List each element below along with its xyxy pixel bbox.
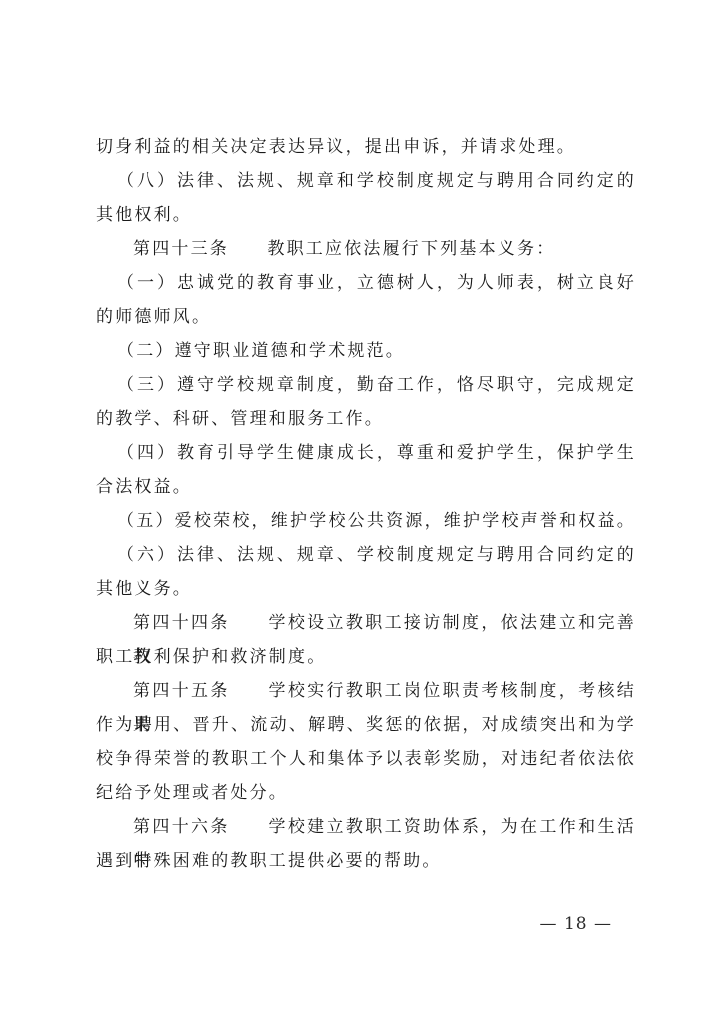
paragraph: 第四十五条 学校实行教职工岗位职责考核制度，考核结果作为聘用、晋升、流动、解聘、… xyxy=(96,674,636,810)
text-line: （四）教育引导学生健康成长，尊重和爱护学生，保护学生 xyxy=(96,436,636,470)
text-line: 作为聘用、晋升、流动、解聘、奖惩的依据，对成绩突出和为学 xyxy=(96,708,636,742)
text-line: 第四十六条 学校建立教职工资助体系，为在工作和生活中 xyxy=(96,810,636,844)
text-line: 第四十三条 教职工应依法履行下列基本义务： xyxy=(96,232,636,266)
text-line: 合法权益。 xyxy=(96,470,636,504)
text-line: （一）忠诚党的教育事业，立德树人，为人师表，树立良好 xyxy=(96,266,636,300)
text-line: （八）法律、法规、规章和学校制度规定与聘用合同约定的 xyxy=(96,164,636,198)
paragraph: （三）遵守学校规章制度，勤奋工作，恪尽职守，完成规定的教学、科研、管理和服务工作… xyxy=(96,368,636,436)
text-line: 切身利益的相关决定表达异议，提出申诉，并请求处理。 xyxy=(96,130,636,164)
text-line: 的教学、科研、管理和服务工作。 xyxy=(96,402,636,436)
paragraph: （四）教育引导学生健康成长，尊重和爱护学生，保护学生合法权益。 xyxy=(96,436,636,504)
paragraph: （二）遵守职业道德和学术规范。 xyxy=(96,334,636,368)
paragraph: （八）法律、法规、规章和学校制度规定与聘用合同约定的其他权利。 xyxy=(96,164,636,232)
paragraph: 切身利益的相关决定表达异议，提出申诉，并请求处理。 xyxy=(96,130,636,164)
paragraph: （六）法律、法规、规章、学校制度规定与聘用合同约定的其他义务。 xyxy=(96,538,636,606)
text-line: 其他权利。 xyxy=(96,198,636,232)
paragraph: 第四十六条 学校建立教职工资助体系，为在工作和生活中遇到特殊困难的教职工提供必要… xyxy=(96,810,636,878)
paragraph: 第四十四条 学校设立教职工接访制度，依法建立和完善教职工权利保护和救济制度。 xyxy=(96,606,636,674)
paragraph: （五）爱校荣校，维护学校公共资源，维护学校声誉和权益。 xyxy=(96,504,636,538)
page-number: — 18 — xyxy=(540,912,612,936)
text-line: 职工权利保护和救济制度。 xyxy=(96,640,636,674)
paragraph: （一）忠诚党的教育事业，立德树人，为人师表，树立良好的师德师风。 xyxy=(96,266,636,334)
text-line: （二）遵守职业道德和学术规范。 xyxy=(96,334,636,368)
text-line: 其他义务。 xyxy=(96,572,636,606)
text-line: （五）爱校荣校，维护学校公共资源，维护学校声誉和权益。 xyxy=(96,504,636,538)
text-line: 遇到特殊困难的教职工提供必要的帮助。 xyxy=(96,844,636,878)
document-page: 切身利益的相关决定表达异议，提出申诉，并请求处理。（八）法律、法规、规章和学校制… xyxy=(0,0,724,1023)
text-line: 第四十五条 学校实行教职工岗位职责考核制度，考核结果 xyxy=(96,674,636,708)
text-line: 的师德师风。 xyxy=(96,300,636,334)
document-body-text: 切身利益的相关决定表达异议，提出申诉，并请求处理。（八）法律、法规、规章和学校制… xyxy=(96,130,636,878)
paragraph: 第四十三条 教职工应依法履行下列基本义务： xyxy=(96,232,636,266)
text-line: （三）遵守学校规章制度，勤奋工作，恪尽职守，完成规定 xyxy=(96,368,636,402)
text-line: （六）法律、法规、规章、学校制度规定与聘用合同约定的 xyxy=(96,538,636,572)
text-line: 校争得荣誉的教职工个人和集体予以表彰奖励，对违纪者依法依 xyxy=(96,742,636,776)
text-line: 纪给予处理或者处分。 xyxy=(96,776,636,810)
text-line: 第四十四条 学校设立教职工接访制度，依法建立和完善教 xyxy=(96,606,636,640)
